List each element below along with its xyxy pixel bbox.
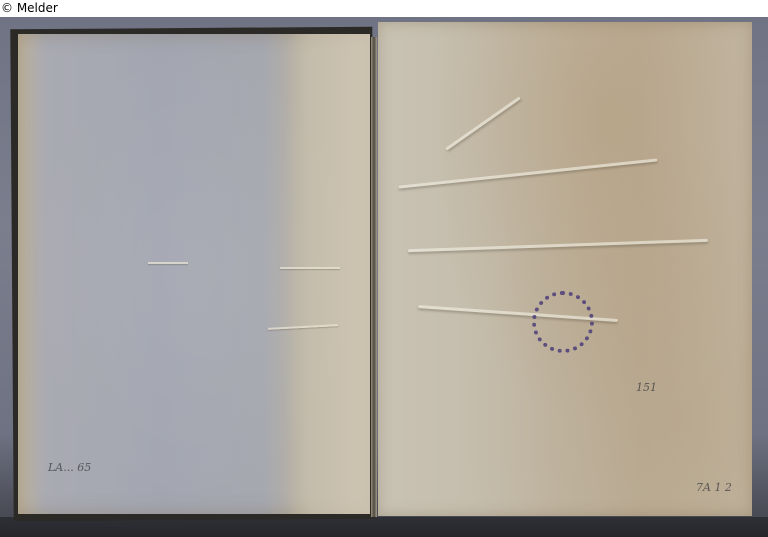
wrinkle (399, 158, 658, 188)
pastedown-flap (286, 34, 370, 514)
copyright-caption: © Melder (1, 0, 58, 16)
handwritten-note: LA... 65 (48, 462, 91, 474)
book-gutter (371, 37, 377, 517)
wrinkle (408, 239, 708, 252)
free-endpaper: 151 7A 1 2 (378, 22, 752, 516)
pastedown-page: LA... 65 (18, 34, 370, 514)
handwritten-note: 7A 1 2 (696, 482, 732, 494)
book-photo: LA... 65 151 7A 1 2 (0, 17, 768, 537)
library-stamp (532, 291, 594, 353)
crease (280, 267, 340, 269)
handwritten-note: 151 (636, 382, 657, 394)
wrinkle (445, 96, 520, 150)
crease (148, 262, 188, 264)
